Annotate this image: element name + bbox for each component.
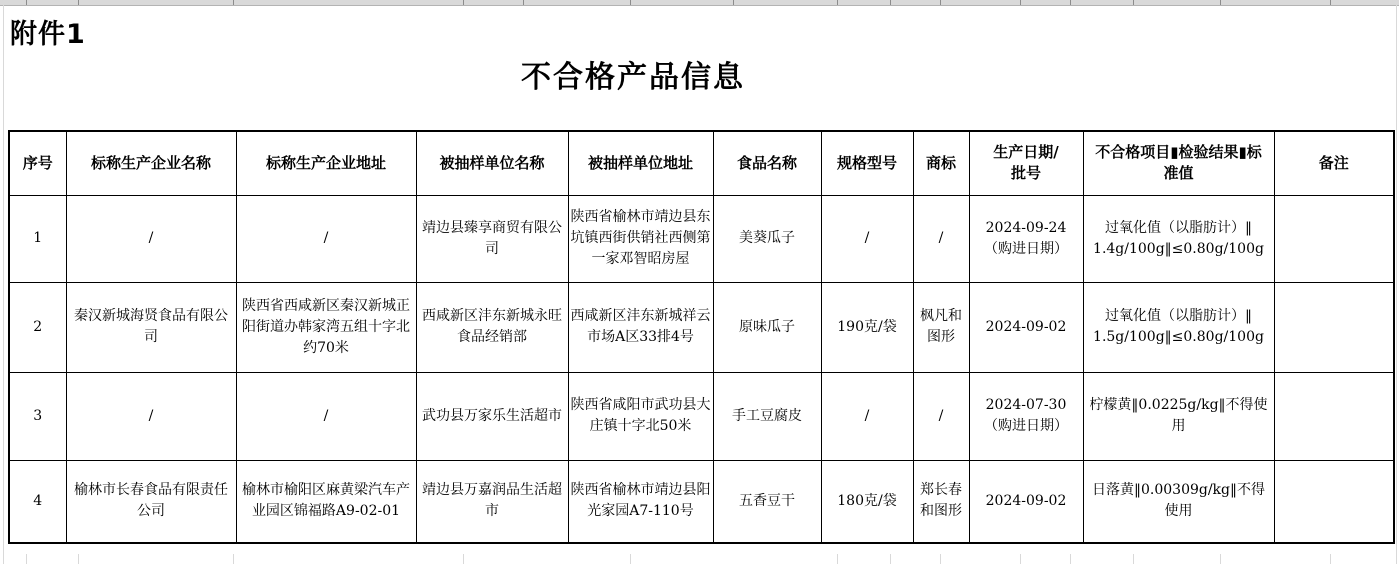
gridline-tick xyxy=(463,0,464,5)
table-cell-seq: 2 xyxy=(9,282,66,372)
gridline-tick xyxy=(26,554,27,564)
table-cell: 秦汉新城海贤食品有限公司 xyxy=(66,282,236,372)
noncompliant-products-table: 序号 标称生产企业名称 标称生产企业地址 被抽样单位名称 被抽样单位地址 食品名… xyxy=(8,130,1395,544)
table-cell: 武功县万家乐生活超市 xyxy=(416,372,568,460)
table-cell: / xyxy=(236,372,416,460)
right-gridline xyxy=(1396,5,1397,564)
table-cell: 2024-09-24 （购进日期） xyxy=(969,195,1083,282)
header-row: 序号 标称生产企业名称 标称生产企业地址 被抽样单位名称 被抽样单位地址 食品名… xyxy=(9,131,1394,195)
gridline-tick xyxy=(463,554,464,564)
gridline-tick xyxy=(78,554,79,564)
table-cell: 西咸新区沣东新城永旺食品经销部 xyxy=(416,282,568,372)
table-cell: 原味瓜子 xyxy=(713,282,821,372)
table-row: 3 / / 武功县万家乐生活超市 陕西省咸阳市武功县大庄镇十字北50米 手工豆腐… xyxy=(9,372,1394,460)
table-cell-remark xyxy=(1274,460,1394,543)
gridline-tick xyxy=(1133,554,1134,564)
gridline-tick xyxy=(940,554,941,564)
gridline-tick xyxy=(1330,0,1331,5)
table-cell: 陕西省榆林市靖边县阳光家园A7-110号 xyxy=(568,460,713,543)
table-row: 1 / / 靖边县臻享商贸有限公司 陕西省榆林市靖边县东坑镇西街供销社西侧第一家… xyxy=(9,195,1394,282)
gridline-tick xyxy=(940,0,941,5)
table-cell-remark xyxy=(1274,282,1394,372)
table-cell: / xyxy=(913,372,969,460)
gridline-tick xyxy=(523,0,524,5)
table-cell: 枫凡和图形 xyxy=(913,282,969,372)
table-cell: 靖边县万嘉润品生活超市 xyxy=(416,460,568,543)
gridline-tick xyxy=(233,554,234,564)
gridline-tick xyxy=(1070,554,1071,564)
column-header-sampled-name: 被抽样单位名称 xyxy=(416,131,568,195)
gridline-tick xyxy=(837,0,838,5)
left-gridline xyxy=(3,5,4,564)
table-cell: 过氧化值（以脂肪计）‖ 1.4g/100g‖≤0.80g/100g xyxy=(1083,195,1274,282)
gridline-tick xyxy=(1020,554,1021,564)
table-cell: 190克/袋 xyxy=(821,282,913,372)
table-cell: 2024-09-02 xyxy=(969,460,1083,543)
table-cell: 过氧化值（以脂肪计）‖ 1.5g/100g‖≤0.80g/100g xyxy=(1083,282,1274,372)
column-header-seq: 序号 xyxy=(9,131,66,195)
gridline-tick xyxy=(630,0,631,5)
gridline-tick xyxy=(1220,0,1221,5)
page-title: 不合格产品信息 xyxy=(8,52,1258,96)
column-header-sampled-addr: 被抽样单位地址 xyxy=(568,131,713,195)
table-cell: 靖边县臻享商贸有限公司 xyxy=(416,195,568,282)
table-cell: 2024-09-02 xyxy=(969,282,1083,372)
table-cell: 陕西省西咸新区秦汉新城正阳街道办韩家湾五组十字北约70米 xyxy=(236,282,416,372)
gridline-tick xyxy=(837,554,838,564)
gridline-tick xyxy=(233,0,234,5)
gridline-tick xyxy=(1220,554,1221,564)
table-cell-seq: 4 xyxy=(9,460,66,543)
gridline-tick xyxy=(1133,0,1134,5)
attachment-label: 附件1 xyxy=(10,12,86,51)
table-cell: / xyxy=(66,195,236,282)
gridline-tick xyxy=(26,0,27,5)
gridline-tick xyxy=(630,554,631,564)
gridline-tick xyxy=(1020,0,1021,5)
table-cell: 陕西省咸阳市武功县大庄镇十字北50米 xyxy=(568,372,713,460)
table-cell: 180克/袋 xyxy=(821,460,913,543)
table-cell: 西咸新区沣东新城祥云市场A区33排4号 xyxy=(568,282,713,372)
table-cell: / xyxy=(236,195,416,282)
column-header-remarks: 备注 xyxy=(1274,131,1394,195)
column-header-food-name: 食品名称 xyxy=(713,131,821,195)
table-cell: 郑长春和图形 xyxy=(913,460,969,543)
table-cell: 陕西省榆林市靖边县东坑镇西街供销社西侧第一家邓智昭房屋 xyxy=(568,195,713,282)
table-cell: 柠檬黄‖0.0225g/kg‖不得使 用 xyxy=(1083,372,1274,460)
table-row: 4 榆林市长春食品有限责任公司 榆林市榆阳区麻黄梁汽车产业园区锦福路A9-02-… xyxy=(9,460,1394,543)
table-cell-remark xyxy=(1274,372,1394,460)
gridline-tick xyxy=(1330,554,1331,564)
table-cell: 榆林市长春食品有限责任公司 xyxy=(66,460,236,543)
table-cell: / xyxy=(66,372,236,460)
top-gridline-strip xyxy=(0,0,1399,6)
gridline-tick xyxy=(78,0,79,5)
gridline-tick xyxy=(890,0,891,5)
gridline-tick xyxy=(733,0,734,5)
table-cell: / xyxy=(821,372,913,460)
column-header-result: 不合格项目▮检验结果▮标 准值 xyxy=(1083,131,1274,195)
column-header-producer-name: 标称生产企业名称 xyxy=(66,131,236,195)
table-cell-seq: 1 xyxy=(9,195,66,282)
table-cell: 榆林市榆阳区麻黄梁汽车产业园区锦福路A9-02-01 xyxy=(236,460,416,543)
table-cell: 日落黄‖0.00309g/kg‖不得 使用 xyxy=(1083,460,1274,543)
table-cell-remark xyxy=(1274,195,1394,282)
gridline-tick xyxy=(890,554,891,564)
column-header-prod-date: 生产日期/ 批号 xyxy=(969,131,1083,195)
table-cell-seq: 3 xyxy=(9,372,66,460)
table-cell: 美葵瓜子 xyxy=(713,195,821,282)
column-header-spec: 规格型号 xyxy=(821,131,913,195)
table-cell: 2024-07-30 （购进日期） xyxy=(969,372,1083,460)
column-header-producer-addr: 标称生产企业地址 xyxy=(236,131,416,195)
table-row: 2 秦汉新城海贤食品有限公司 陕西省西咸新区秦汉新城正阳街道办韩家湾五组十字北约… xyxy=(9,282,1394,372)
column-header-brand: 商标 xyxy=(913,131,969,195)
table-cell: 五香豆干 xyxy=(713,460,821,543)
gridline-tick xyxy=(1070,0,1071,5)
table-cell: 手工豆腐皮 xyxy=(713,372,821,460)
table-cell: / xyxy=(913,195,969,282)
table-cell: / xyxy=(821,195,913,282)
